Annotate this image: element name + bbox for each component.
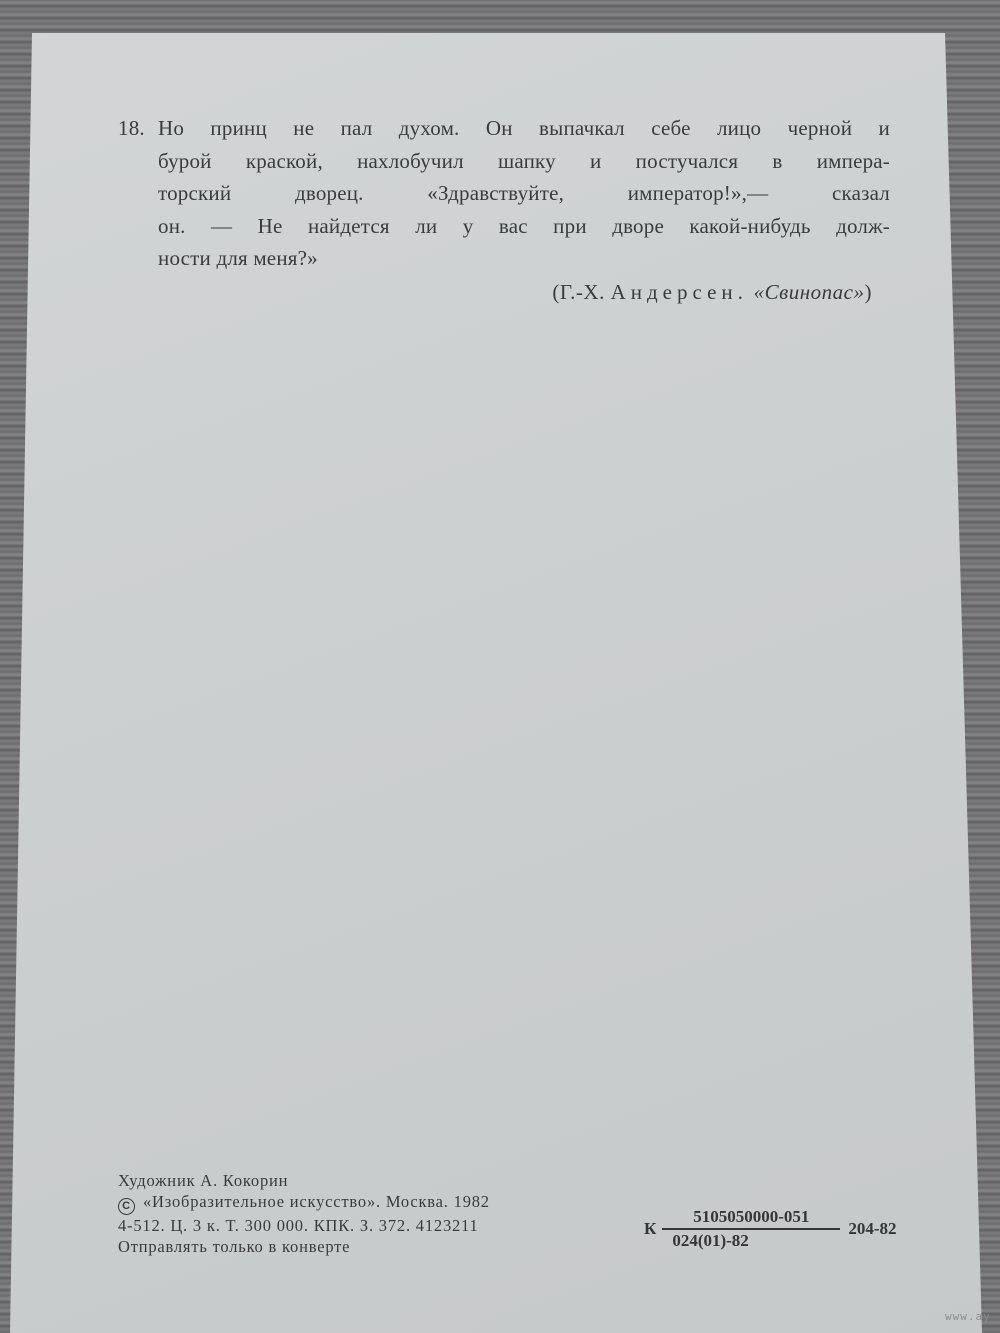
index-fraction: 5105050000-051 024(01)-82 xyxy=(662,1207,840,1251)
publisher-line: C«Изобразительное искусство». Москва. 19… xyxy=(118,1191,490,1215)
attribution: (Г.-Х. Андерсен. «Свинопас») xyxy=(552,280,872,305)
work-title: «Свинопас» xyxy=(754,280,865,304)
site-watermark: www.ay xyxy=(945,1310,991,1323)
passage-line: торский дворец. «Здравствуйте, император… xyxy=(158,177,890,210)
passage-line: ности для меня?» xyxy=(158,242,890,275)
publisher-text: «Изобразительное искусство». Москва. 198… xyxy=(143,1192,490,1211)
passage-text: Но принц не пал духом. Он выпачкал себе … xyxy=(158,112,890,275)
author-name: Андерсен. xyxy=(611,280,748,304)
passage-line: бурой краской, нахлобучил шапку и постуч… xyxy=(158,145,890,178)
print-codes: 4-512. Ц. 3 к. Т. 300 000. КПК. З. 372. … xyxy=(118,1215,490,1236)
story-passage: 18. Но принц не пал духом. Он выпачкал с… xyxy=(118,112,890,275)
passage-line: он. — Не найдется ли у вас при дворе как… xyxy=(158,210,890,243)
imprint-block: Художник А. Кокорин C«Изобразительное ис… xyxy=(118,1170,490,1257)
attribution-open: (Г.-Х. xyxy=(552,280,610,304)
catalog-index: К 5105050000-051 024(01)-82 204-82 xyxy=(644,1207,897,1251)
index-prefix: К xyxy=(644,1219,656,1239)
passage-line: Но принц не пал духом. Он выпачкал себе … xyxy=(158,112,890,145)
index-suffix: 204-82 xyxy=(848,1219,896,1239)
attribution-close: ) xyxy=(865,280,873,304)
artist-credit: Художник А. Кокорин xyxy=(118,1170,490,1191)
index-denominator: 024(01)-82 xyxy=(666,1230,836,1251)
copyright-icon: C xyxy=(118,1198,135,1215)
passage-number: 18. xyxy=(118,112,145,145)
mailing-note: Отправлять только в конверте xyxy=(118,1236,490,1257)
index-numerator: 5105050000-051 xyxy=(662,1207,840,1230)
